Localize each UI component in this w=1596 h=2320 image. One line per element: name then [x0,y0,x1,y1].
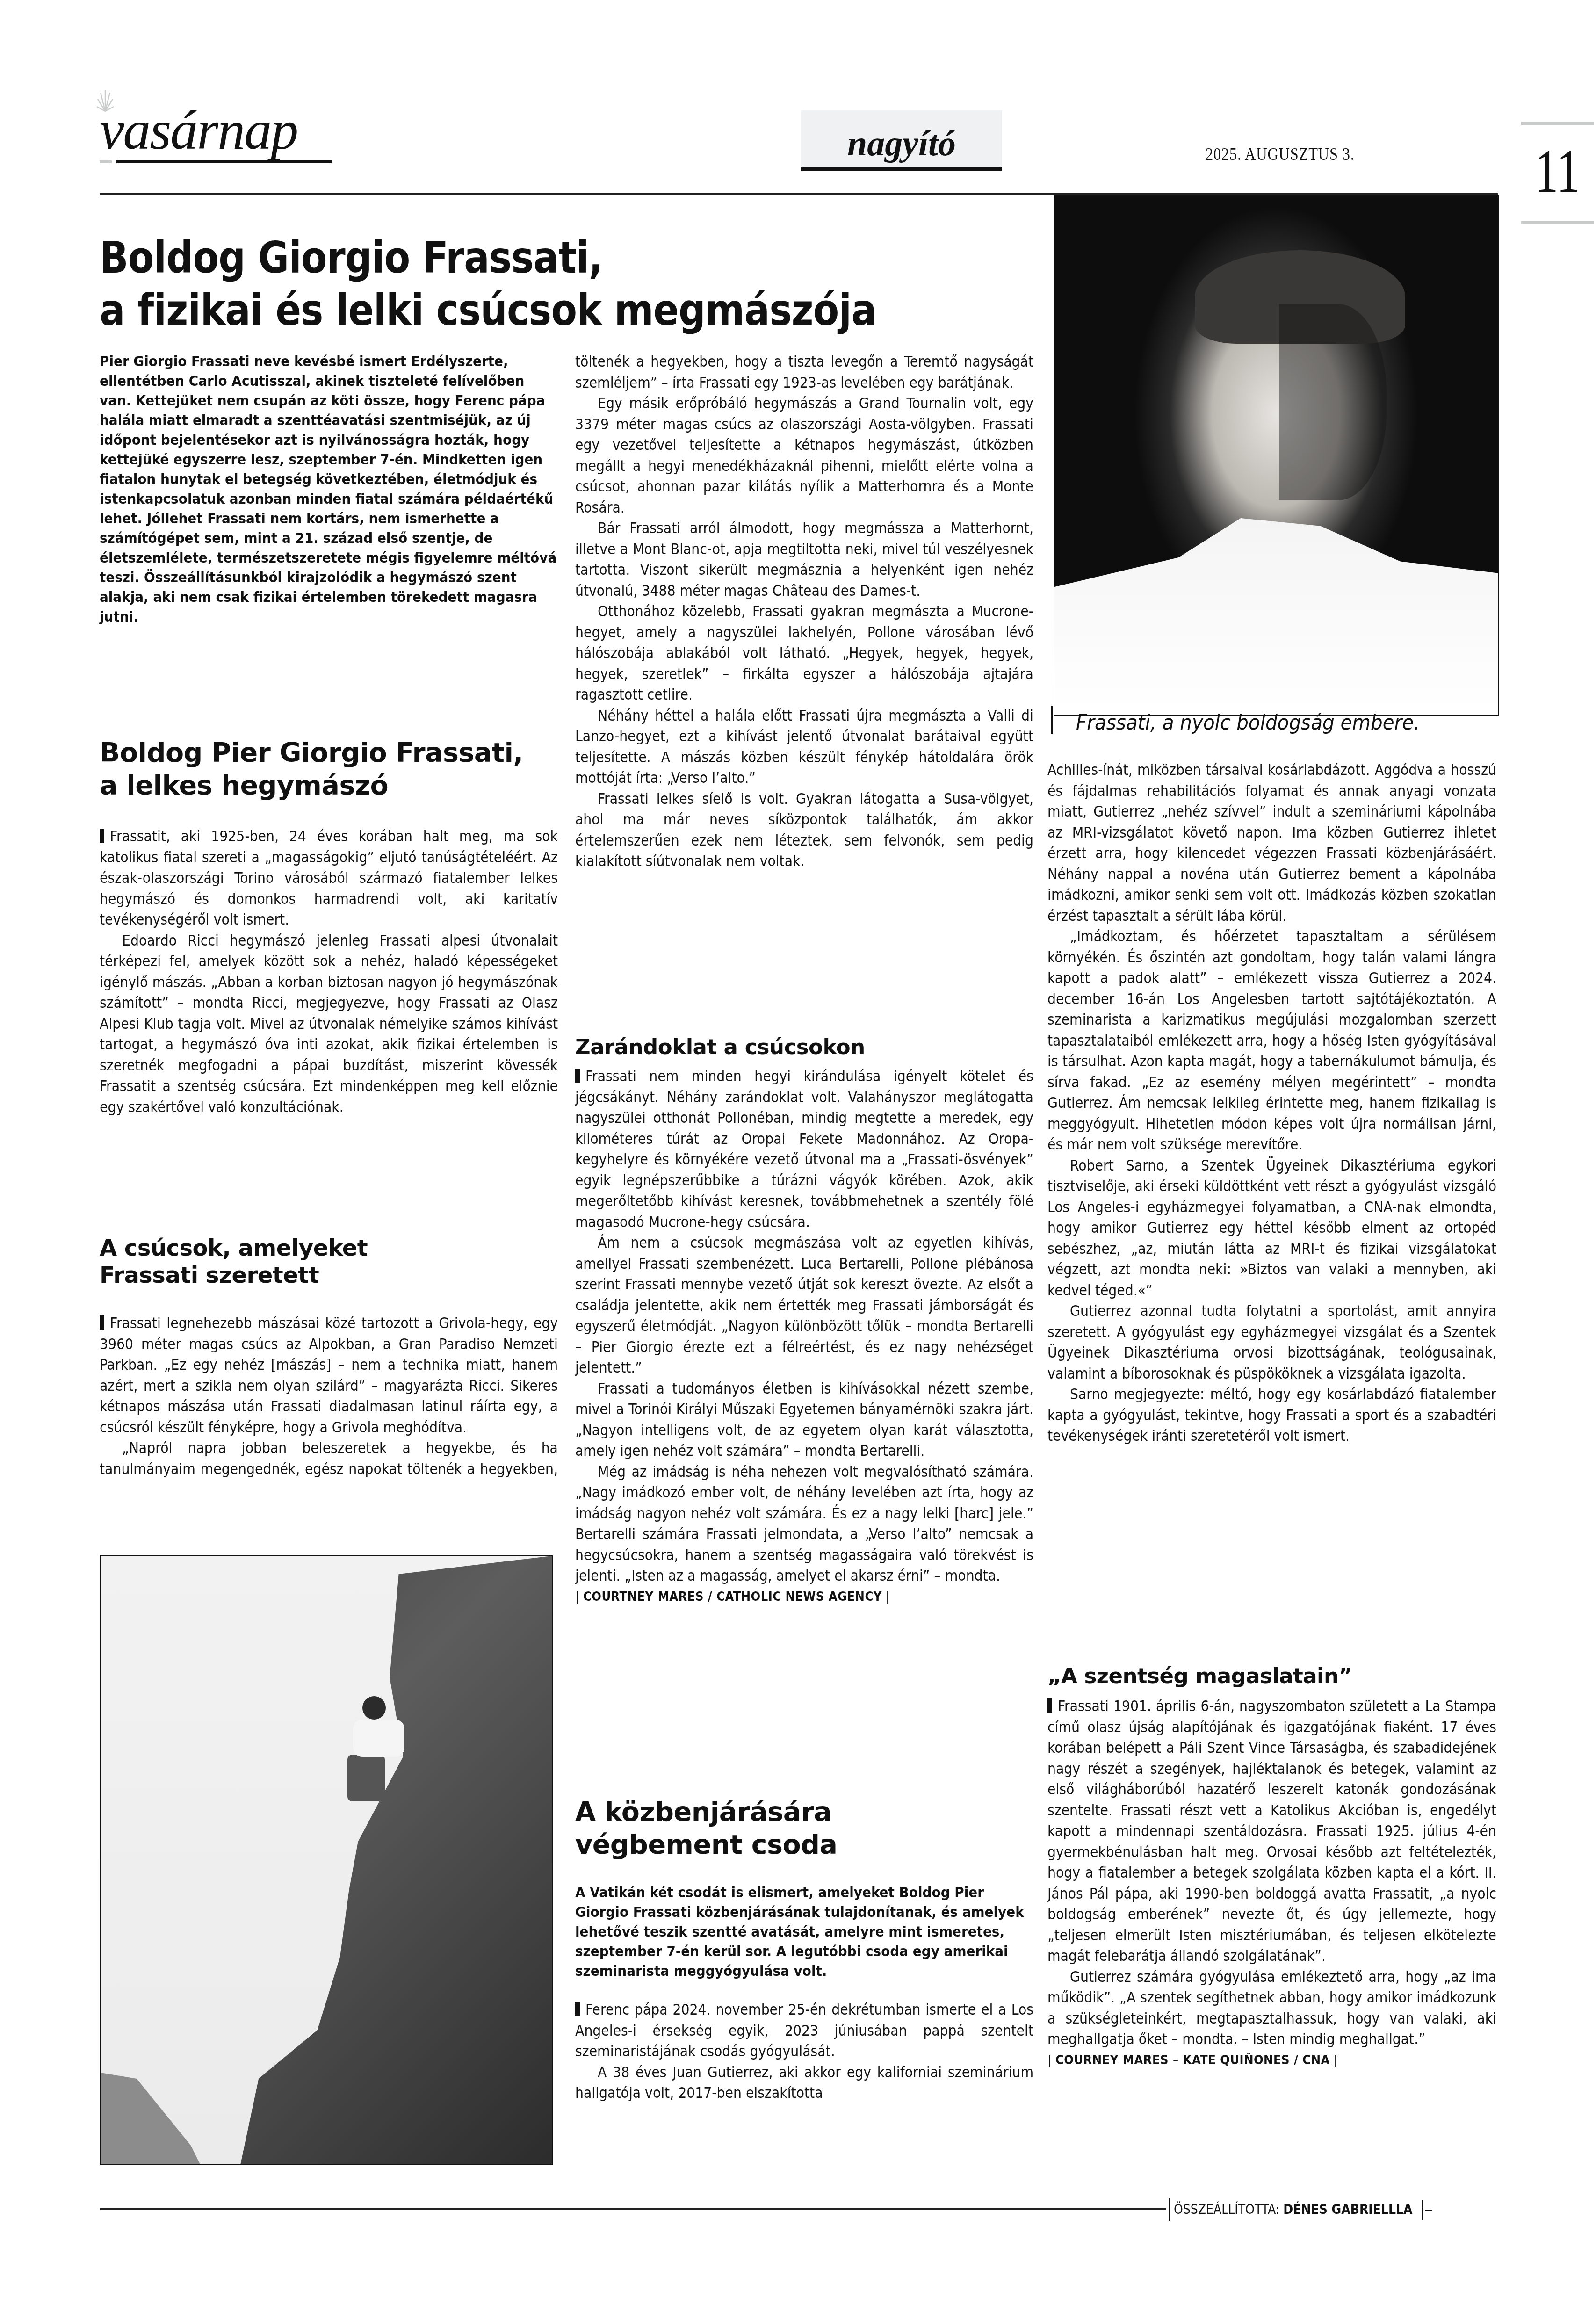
paragraph: Sarno megjegyezte: méltó, hogy egy kosár… [1047,1384,1496,1447]
page-number-box: 11 [1521,122,1594,224]
paragraph: „Imádkoztam, és hőérzetet tapasztaltam a… [1047,926,1496,1156]
lead-paragraph: Pier Giorgio Frassati neve kevésbé ismer… [100,352,558,627]
footer-end-mark [1422,2200,1432,2220]
article-credit: | COURNEY MARES – KATE QUIÑONES / CNA | [1047,2050,1496,2071]
section-5-heading: „A szentség magaslatain” [1047,1662,1496,1690]
section-4-lead: A Vatikán két csodát is elismert, amelye… [575,1883,1033,1981]
section-tag: nagyító [801,110,1002,171]
section-2-heading: A csúcsok, amelyeket Frassati szeretett [100,1235,558,1289]
compiled-by-label: ÖSSZEÁLLÍTOTTA: [1174,2202,1279,2217]
paragraph: Robert Sarno, a Szentek Ügyeinek Dikaszt… [1047,1156,1496,1301]
paragraph: „Napról napra jobban beleszeretek a hegy… [100,1438,558,1480]
climber-figure [339,1696,404,1804]
paragraph: Néhány héttel a halála előtt Frassati új… [575,706,1033,789]
climbing-photo [100,1555,553,2165]
section-tag-bar [801,167,1002,171]
masthead: vasárnap nagyító 2025. AUGUSZTUS 3. 11 [100,94,1498,154]
page-number: 11 [1530,140,1584,202]
paragraph: Bár Frassati arról álmodott, hogy megmás… [575,518,1033,601]
portrait-shadow [1279,304,1387,500]
paragraph: Ferenc pápa 2024. november 25-én dekrétu… [575,2000,1033,2062]
article-credit: | COURTNEY MARES / CATHOLIC NEWS AGENCY … [575,1587,1033,1608]
paragraph: Frassatit, aki 1925-ben, 24 éves korában… [100,826,558,931]
footer-rule [100,2208,1166,2210]
paragraph: Frassati nem minden hegyi kirándulása ig… [575,1066,1033,1233]
photo-caption: Frassati, a nyolc boldogság embere. [1051,706,1497,734]
header-rule [100,193,1498,195]
paragraph: Gutierrez azonnal tudta folytatni a spor… [1047,1301,1496,1384]
compiled-by: ÖSSZEÁLLÍTOTTA: DÉNES GABRIELLLA [1169,2198,1432,2221]
section-4-continued: Achilles-ínát, miközben társaival kosárl… [1047,760,1496,1447]
logo-underline [116,160,332,163]
paragraph: töltenék a hegyekben, hogy a tiszta leve… [575,352,1033,393]
frassati-portrait-photo [1054,195,1499,716]
section-3: Zarándoklat a csúcsokon Frassati nem min… [575,1034,1033,1607]
issue-date: 2025. AUGUSZTUS 3. [1206,144,1355,165]
logo-underline-accent [100,160,112,163]
compiled-by-name: DÉNES GABRIELLLA [1283,2202,1412,2217]
paragraph: Edoardo Ricci hegymászó jelenleg Frassat… [100,931,558,1118]
paragraph: Gutierrez számára gyógyulása emlékeztető… [1047,1967,1496,2050]
section-1: Boldog Pier Giorgio Frassati, a lelkes h… [100,737,558,1118]
paragraph: A 38 éves Juan Gutierrez, aki akkor egy … [575,2062,1033,2104]
portrait-shirt [1054,518,1498,715]
section-4: A közbenjárására végbement csoda A Vatik… [575,1796,1033,2104]
section-2-continued: töltenék a hegyekben, hogy a tiszta leve… [575,352,1033,872]
paragraph: Frassati legnehezebb mászásai közé tarto… [100,1313,558,1438]
paragraph: Frassati 1901. április 6-án, nagyszombat… [1047,1696,1496,1967]
section-5: „A szentség magaslatain” Frassati 1901. … [1047,1662,1496,2071]
paragraph: Otthonához közelebb, Frassati gyakran me… [575,601,1033,706]
paragraph: Frassati a tudományos életben is kihívás… [575,1379,1033,1462]
title-line-1: Boldog Giorgio Frassati, [100,233,603,283]
paragraph: Egy másik erőpróbáló hegymászás a Grand … [575,393,1033,518]
section-name: nagyító [801,123,1002,164]
page-number-bottom-tick [1521,221,1594,224]
paragraph: Még az imádság is néha nehezen volt megv… [575,1462,1033,1587]
section-1-heading: Boldog Pier Giorgio Frassati, a lelkes h… [100,737,558,802]
section-4-heading: A közbenjárására végbement csoda [575,1796,1033,1861]
paragraph: Frassati lelkes síelő is volt. Gyakran l… [575,789,1033,872]
page-title: Boldog Giorgio Frassati, a fizikai és le… [100,232,890,337]
paragraph: Achilles-ínát, miközben társaival kosárl… [1047,760,1496,926]
page-number-top-tick [1521,122,1594,125]
title-line-2: a fizikai és lelki csúcsok megmászója [100,285,876,335]
rock-face [101,1556,552,2164]
newspaper-logo: vasárnap [100,103,297,158]
paragraph: Ám nem a csúcsok megmászása volt az egye… [575,1233,1033,1379]
section-2: A csúcsok, amelyeket Frassati szeretett … [100,1235,558,1480]
article-lead: Pier Giorgio Frassati neve kevésbé ismer… [100,352,558,627]
section-3-heading: Zarándoklat a csúcsokon [575,1034,1033,1061]
